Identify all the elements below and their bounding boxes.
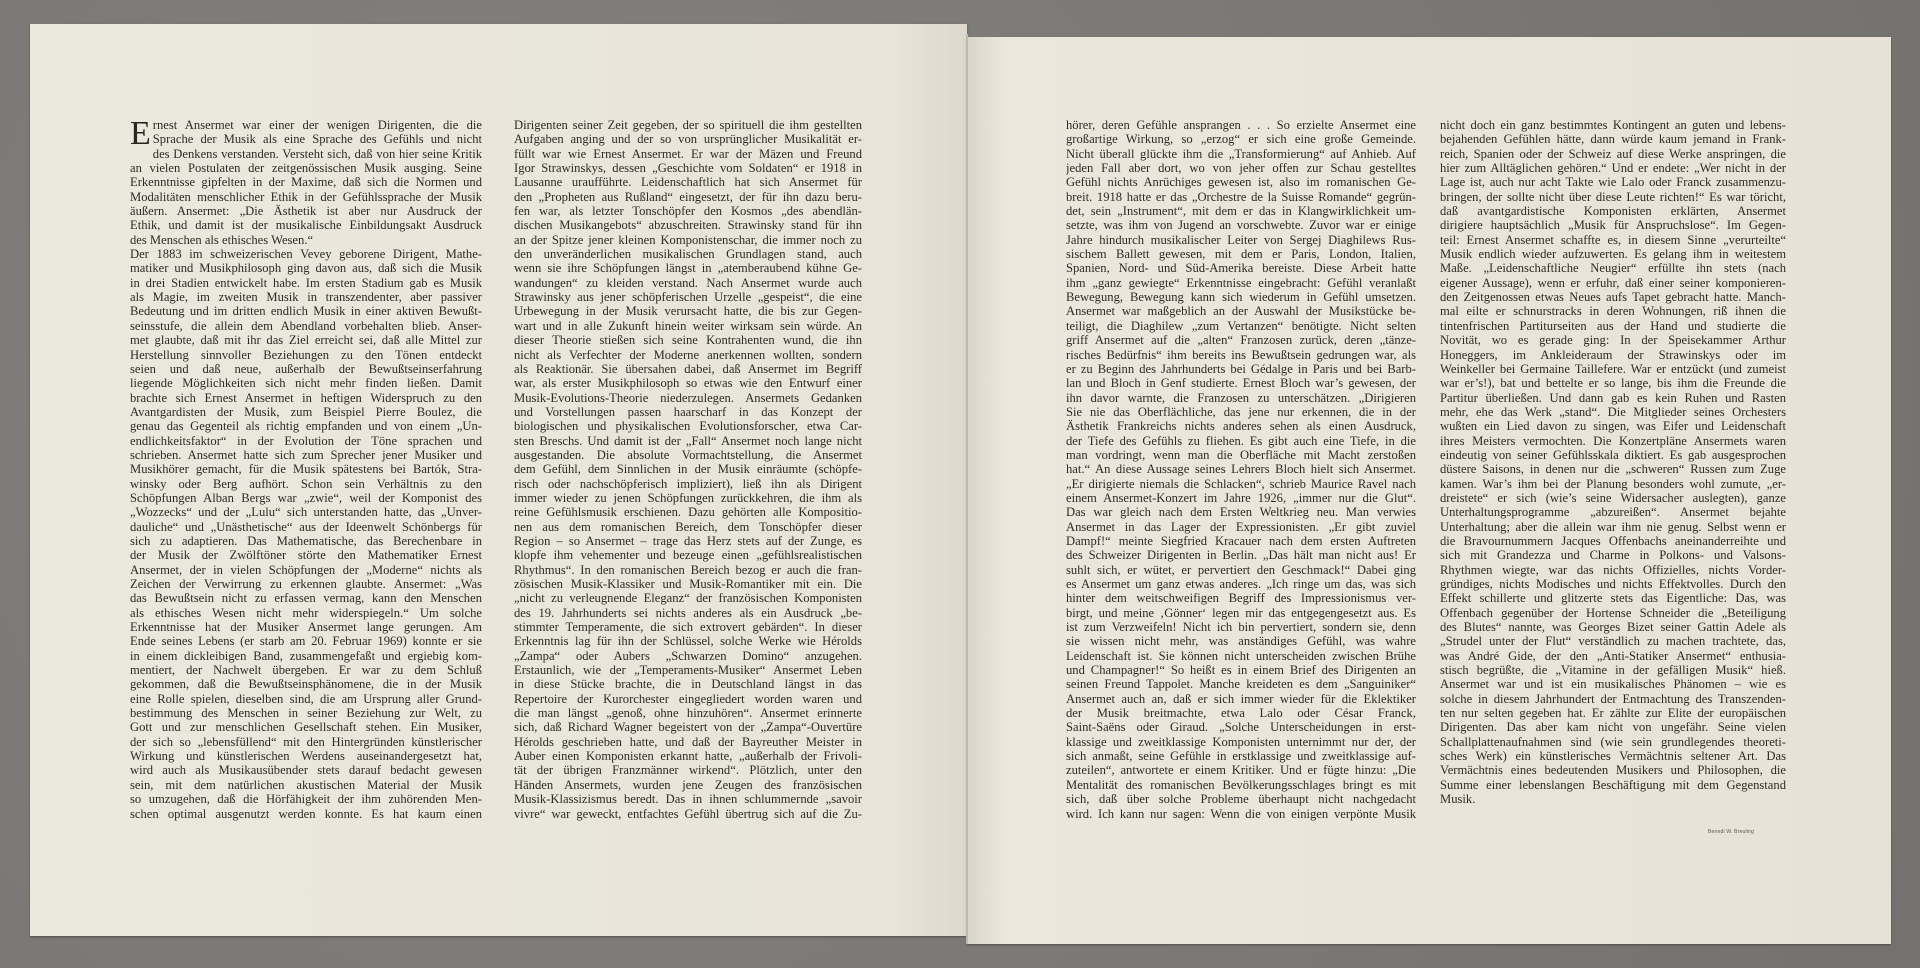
text-line: der Musik breitmachte, etwa Lalo oder Cé… [1066,706,1416,720]
text-line: nen aus dem romanischen Bereich, dem Ton… [514,520,862,534]
text-line: Honeggers, im Ankleideraum der Strawinsk… [1440,348,1786,362]
text-line: Wirkung und künstlerischen Werdens ausei… [130,749,482,763]
text-line: ausgestanden. Die absolute Vormachtstell… [514,448,862,462]
text-line: war, als erster Musikphilosoph so etwas … [514,376,862,390]
text-line: ist zum Verzweifeln! Nicht ich bin perve… [1066,620,1416,634]
text-line: reine Gefühlsmusik erschienen. Dazu gehö… [514,505,862,519]
text-line: wandungen“ zu kleiden verstand. Nach Ans… [514,276,862,290]
text-line: er zu Beginn des Jahrhunderts bei Gédalg… [1066,362,1416,376]
text-line: risch oder nachschöpferisch impliziert),… [514,477,862,491]
text-line: Hérolds geschrieben hatte, und daß der B… [514,735,862,749]
text-line: seinsstufe, die allein dem Abendland vor… [130,319,482,333]
text-line: Unterhaltungsprogramme „abzureißen“. Ans… [1440,505,1786,519]
text-line: brachte sich Ernest Ansermet in heftigen… [130,391,482,405]
text-line: stimmter Temperamente, die sich extrover… [514,620,862,634]
text-line: gekommen, daß die Bewußtseinsphänomene, … [130,677,482,691]
text-line: Musik-Evolutions-Theorie niederzulegen. … [514,391,862,405]
text-line: teiligt, die Diaghilew „zum Vertanzen“ b… [1066,319,1416,333]
text-line: an vielen Postulaten der zeitgenössische… [130,161,482,175]
text-line: ihm „ganz gewiegte“ Erkenntnisse eingebr… [1066,276,1416,290]
text-line: Erkenntnis lag für ihn der Schlüssel, so… [514,634,862,648]
text-line: Gott und zur menschlichen Gesellschaft s… [130,720,482,734]
text-line: als Reaktionär. Sie übersahen dabei, daß… [514,362,862,376]
text-line: Vermächtnis eines bedeutenden Musikers u… [1440,763,1786,777]
text-line: zuteilen“, antwortete er einem Kritiker.… [1066,763,1416,777]
text-line: daß avantgardistische Komponisten erklär… [1440,204,1786,218]
text-line: düstere Saisons, in denen nur die „schwe… [1440,462,1786,476]
text-line: Händen Ansermets, wurden jene Zeugen des… [514,778,862,792]
text-line: war er’s!), bat und bettelte er so lange… [1440,376,1786,390]
text-line: sischem Ballett gewesen, mit dem er Pari… [1066,247,1416,261]
text-line: großartige Wirkung, so „erzog“ er sich e… [1066,132,1416,146]
text-column-1: E rnest Ansermet war einer der wenigen D… [130,118,482,821]
text-line: Erkenntnisse hat der Musiker Ansermet la… [130,620,482,634]
text-line: Ende seines Lebens (er starb am 20. Febr… [130,634,482,648]
text-line: biologischen und physikalischen Evolutio… [514,419,862,433]
text-line: den unveränderlichen musikalischen Grund… [514,247,862,261]
text-line: einem Ansermet-Konzert im Jahre 1926, „i… [1066,491,1416,505]
text-line: Mentalität des romanischen Bevölkerungss… [1066,778,1416,792]
text-line: risches Bedürfnis“ ihm bereits ins Bewuß… [1066,348,1416,362]
text-line: Musik. [1440,792,1786,806]
text-line: der sich so „lebensfüllend“ mit den Hint… [130,735,482,749]
text-line: „Er dirigierte niemals die Schlacken“, s… [1066,477,1416,491]
text-line: in diese Stücke brachte, die in Deutschl… [514,677,862,691]
text-line: endlichkeitsfaktor“ in der Evolution der… [130,434,482,448]
text-line: bestimmung des Menschen in seiner Bezieh… [130,706,482,720]
text-line: ihres Meisters vermochten. Die Konzertpl… [1440,434,1786,448]
text-line: ten nur selten gegeben hat. Er zählte zu… [1440,706,1786,720]
text-line: reich, Spanien oder der Schweiz auf dies… [1440,147,1786,161]
text-line: Maße. „Leidenschaftliche Neugier“ erfüll… [1440,261,1786,275]
text-line: der Tiefe des Gefühls zu fliehen. Es gib… [1066,434,1416,448]
text-line: breit. 1918 hatte er das „Orchestre de l… [1066,190,1416,204]
text-line: des Blutes“ nannte, was Georges Bizet se… [1440,620,1786,634]
text-line: winsky oder Berg aufhört. Schon sein Ver… [130,477,482,491]
text-line: solche in diesem Jahrhundert der Entmach… [1440,692,1786,706]
text-line: wenn sie ihre Schöpfungen längst in „ate… [514,261,862,275]
text-line: fen war, als letzter Tonschöpfer den Kos… [514,204,862,218]
text-line: bringen, der sollte nicht über diese Leu… [1440,190,1786,204]
text-line: wird. Ich kann nur sagen: Wenn die von e… [1066,807,1416,821]
text-line: Avantgardisten der Musik, zum Beispiel P… [130,405,482,419]
text-line: Schallplattenaufnahmen sind (wie sein gr… [1440,735,1786,749]
text-line: als ethisches Wesen nicht mehr widerspie… [130,606,482,620]
text-line: rnest Ansermet war einer der wenigen Dir… [153,118,482,132]
text-line: sches Werk) ein künstlerisches Vermächtn… [1440,749,1786,763]
text-line: Ansermet in das Lager der Expressioniste… [1066,520,1416,534]
text-line: man vordringt, wenn man die Oberfläche m… [1066,448,1416,462]
text-line: griff Ansermet auf die „alten“ Franzosen… [1066,333,1416,347]
text-line: den Zeitgenossen etwas Neues aufs Tapet … [1440,290,1786,304]
text-line: Sprache der Musik als eine Sprache des G… [153,132,482,146]
text-line: Bewegung, Bewegung kann sich wiederum in… [1066,290,1416,304]
text-line: das Bewußtsein nicht zu erfassen vermag,… [130,591,482,605]
text-line: Summe einer lebenslangen Beschäftigung m… [1440,778,1786,792]
text-line: Herstellung sinnvoller Beziehungen zu de… [130,348,482,362]
text-line: Ansermet war maßgeblich an der Auswahl d… [1066,304,1416,318]
text-line: Repertoire der Kurorchester eingeglieder… [514,692,862,706]
text-line: Saint-Saëns oder Giraud. „Solche Untersc… [1066,720,1416,734]
text-line: setzte, was ihm von Jugend an vorschwebt… [1066,218,1416,232]
text-line: sich mit Grandezza und Charme in Polkons… [1440,548,1786,562]
text-line: sein, mit dem natürlichen akustischen Ma… [130,778,482,792]
text-line: Zeichen der Verwirrung zu erkennen glaub… [130,577,482,591]
text-line: den „Propheten aus Rußland“ eingesetzt, … [514,190,862,204]
text-line: in drei Stadien entwickelt habe. Im erst… [130,276,482,290]
text-line: die man längst „genoß, ohne hinzuhören“.… [514,706,862,720]
text-line: wußten ein Lied davon zu singen, was Eif… [1440,419,1786,433]
text-line: Rhythmen wiegte, war das nichts Offiziel… [1440,563,1786,577]
text-line: dischen Musikangebots“ abzuschreiten. St… [514,218,862,232]
text-line: mehr, ehe das Werk „stand“. Die Mitglied… [1440,405,1786,419]
text-line: Dirigenten seiner Zeit gegeben, der so s… [514,118,862,132]
text-line: mentiert, der Nachwelt übergeben. Er war… [130,663,482,677]
text-column-3: hörer, deren Gefühle ansprangen . . . So… [1066,118,1416,821]
text-line: hinter dem weitschweifigen Begriff des I… [1066,591,1416,605]
text-line: die Bravournummern Jacques Offenbachs an… [1440,534,1786,548]
text-line: klopfe ihm vehementer und bezeuge einen … [514,548,862,562]
text-line: es Ansermet um ganz etwas anderes. „Ich … [1066,577,1416,591]
text-line: genau das Gegenteil als richtig empfande… [130,419,482,433]
text-line: Ansermet auch an, daß er sich immer wied… [1066,692,1416,706]
text-line: Spanien, Nord- und Süd-Amerika bereiste.… [1066,261,1416,275]
text-line: kamen. War’s ihm bei der Planung besonde… [1440,477,1786,491]
text-line: an der Spitze jener kleinen Komponistens… [514,233,862,247]
text-line: suhlt sich, er wütet, er pervertiert den… [1066,563,1416,577]
text-line: des Schweizer Dirigenten in Berlin. „Das… [1066,548,1416,562]
text-line: matiker und Musikphilosoph ging davon au… [130,261,482,275]
text-line: sie wissen nicht mehr, was anständiges G… [1066,634,1416,648]
text-line: Effekt schillerte und glitzerte stets da… [1440,591,1786,605]
text-line: des Denkens verstanden. Versteht sich, d… [153,147,482,161]
text-line: hat.“ An diese Aussage seines Lehrers Bl… [1066,462,1416,476]
text-line: des Menschen als ethisches Wesen.“ [130,233,482,247]
text-line: Dampf!“ meinte Siegfried Kracauer nach d… [1066,534,1416,548]
text-line: Sie nie das Oberflächliche, das jene nur… [1066,405,1416,419]
text-line: seien und daß neue, außerhalb der Bewußt… [130,362,482,376]
text-line: Weinkeller bei Germaine Taillefere. War … [1440,362,1786,376]
text-line: dirigiere hauptsächlich „Musik für Anspr… [1440,218,1786,232]
text-line: Modalitäten menschlicher Ethik in der Ge… [130,190,482,204]
column-lines: rnest Ansermet war einer der wenigen Dir… [130,118,482,821]
text-line: gründiges, nichts Modisches und nichts E… [1440,577,1786,591]
text-line: der Musik der Zwölftöner störte den Math… [130,548,482,562]
text-line: sten Breschs. Und damit ist der „Fall“ A… [514,434,862,448]
text-line: nicht doch ein ganz bestimmtes Kontingen… [1440,118,1786,132]
gatefold-crease [966,34,968,944]
text-line: schrieben. Ansermet hatte sich zum Sprec… [130,448,482,462]
text-line: Musik-Klassizismus beredt. Das in ihnen … [514,792,862,806]
text-line: tintenfrischen Partiturseiten aus der Ha… [1440,319,1786,333]
text-line: Erstaunlich, wie der „Temperaments-Musik… [514,663,862,677]
text-line: eine Rolle spielen, dieselben sind, die … [130,692,482,706]
text-line: Der 1883 im schweizerischen Vevey gebore… [130,247,482,261]
text-line: Ästhetik Frankreichs nichts anderes sehe… [1066,419,1416,433]
text-line: Offenbach gegenüber der Hortense Schneid… [1440,606,1786,620]
text-line: „Wozzecks“ und der „Lulu“ sich unterstan… [130,505,482,519]
text-line: Schöpfungen Alban Bergs war „zwie“, weil… [130,491,482,505]
text-line: Ethik, und damit ist der musikalische Ei… [130,218,482,232]
drop-cap: E [130,121,151,147]
text-line: eindeutig von seiner Gefühlsskala diktie… [1440,448,1786,462]
text-line: dreistete“ er sich (wie’s seine Widersac… [1440,491,1786,505]
text-line: „Strudel unter der Flut“ verständlich zu… [1440,634,1786,648]
text-line: immer wieder zu jenen Schöpfungen zurück… [514,491,862,505]
text-line: äußern. Ansermet: „Die Ästhetik ist aber… [130,204,482,218]
text-line: Jahre hindurch musikalischer Leiter von … [1066,233,1416,247]
author-signature: Benedi W. Breuling [1708,829,1754,835]
text-line: Musikhörer gemacht, für die Musik spätes… [130,462,482,476]
text-column-4: nicht doch ein ganz bestimmtes Kontingen… [1440,118,1786,807]
text-line: Novität, wo es gerade ging: In der Speis… [1440,333,1786,347]
text-line: Ansermet war und ist ein musikalisches P… [1440,677,1786,691]
text-line: Auber einen Komponisten erkannt hatte, „… [514,749,862,763]
text-line: in einem dickleibigen Band, zusammengefa… [130,649,482,663]
text-line: so umzugehen, daß die Hörfähigkeit der i… [130,792,482,806]
column-lines: hörer, deren Gefühle ansprangen . . . So… [1066,118,1416,821]
text-line: und Vorstellungen passen haarscharf in d… [514,405,862,419]
text-line: schen optimal ausgenutzt werden konnte. … [130,807,482,821]
text-line: liegende Möglichkeiten sich nicht mehr f… [130,376,482,390]
text-line: Rhythmus“. In den romanischen Bereich be… [514,563,862,577]
text-line: mal eilte er schnurstracks in deren Wohn… [1440,304,1786,318]
text-line: tät der übrigen Franzmänner wirkend“. Pl… [514,763,862,777]
text-line: Dirigenten. Das aber kam nicht von ungef… [1440,720,1786,734]
text-line: hier zum Alltäglichen gehören.“ Und er e… [1440,161,1786,175]
text-line: dem Gefühl, dem Sinnlichen in der Musik … [514,462,862,476]
text-line: Musik endlich wieder aufzuwerten. Es gel… [1440,247,1786,261]
text-line: des 19. Jahrhunderts sei nichts anderes … [514,606,862,620]
column-lines: nicht doch ein ganz bestimmtes Kontingen… [1440,118,1786,807]
text-line: birgt, und meine ‚Gönner‘ legen mir das … [1066,606,1416,620]
text-line: nicht als Verfechter der Moderne anerken… [514,348,862,362]
text-column-2: Dirigenten seiner Zeit gegeben, der so s… [514,118,862,821]
text-line: Bedeutung und im dritten endlich Musik i… [130,304,482,318]
text-line: sich anmaßt, seine Gefühle in erstklassi… [1066,749,1416,763]
text-line: zösischen Musik-Klassiker und Musik-Roma… [514,577,862,591]
text-line: „nicht zu verleugnende Eleganz“ der fran… [514,591,862,605]
text-line: und Champagner!“ So heißt es in einem Br… [1066,663,1416,677]
text-line: vivre“ war geweckt, entfachtes Gefühl üb… [514,807,862,821]
text-line: füllt war wie Ernest Ansermet. Er war de… [514,147,862,161]
text-line: Partitur überließen. Und dann gab es kei… [1440,391,1786,405]
text-line: Nicht überall glückte ihm die „Transform… [1066,147,1416,161]
column-lines: Dirigenten seiner Zeit gegeben, der so s… [514,118,862,821]
text-line: eigener Aussage), wenn er erfuhr, daß ei… [1440,276,1786,290]
text-line: sich, daß über solche Probleme überhaupt… [1066,792,1416,806]
text-line: Erkenntnisse gipfelten in der Maxime, da… [130,175,482,189]
text-line: sich, daß Richard Wagner begeistert von … [514,720,862,734]
text-line: ihn davor warnte, die Franzosen zu unter… [1066,391,1416,405]
text-line: wart und in alle Zukunft hinein weiter w… [514,319,862,333]
text-line: Region – so Ansermet – trage das Herz st… [514,534,862,548]
text-line: Leidenschaft ist. Sie können nicht unter… [1066,649,1416,663]
text-line: Igor Strawinskys, dessen „Geschichte vom… [514,161,862,175]
text-line: Aufgaben anging und der so von ursprüngl… [514,132,862,146]
text-line: bejahenden Gefühlen hätte, dann würde ka… [1440,132,1786,146]
text-line: met glaubte, daß mit ihr das Ziel erreic… [130,333,482,347]
text-line: wird auch als Musikausübender stets dara… [130,763,482,777]
text-line: jeden Fall aber dort, wo von jeher offen… [1066,161,1416,175]
text-line: Das war gleich nach dem Ersten Weltkrieg… [1066,505,1416,519]
text-line: „Zampa“ oder Aubers „Schwarzen Domino“ a… [514,649,862,663]
text-line: stisch begrüßte, die „Vitamine in der ge… [1440,663,1786,677]
text-line: hörer, deren Gefühle ansprangen . . . So… [1066,118,1416,132]
text-line: Unterhaltung; aber die allein war ihm ni… [1440,520,1786,534]
text-line: Strawinsky aus jener schöpferischen Urze… [514,290,862,304]
text-line: als Magie, im zweiten Musik in transzend… [130,290,482,304]
text-line: Gefühl nichts Anrüchiges gewesen ist, al… [1066,175,1416,189]
text-line: sich zu adaptieren. Das Mathematische, d… [130,534,482,548]
text-line: dieser Theorie stießen sich seine Kontra… [514,333,862,347]
text-line: Urbewegung in der Musik verursacht hatte… [514,304,862,318]
text-line: Ansermet, der in vielen Schöpfungen der … [130,563,482,577]
text-line: teil: Ernest Ansermet schaffte es, in di… [1440,233,1786,247]
text-line: Lausanne uraufführte. Leidenschaftlich h… [514,175,862,189]
text-line: was André Gide, der den „Anti-Statiker A… [1440,649,1786,663]
text-line: Lage ist, auch nur acht Takte wie Lalo o… [1440,175,1786,189]
text-line: seinen Freund Tappolet. Manche kreideten… [1066,677,1416,691]
text-line: dauliche“ und „Unästhetische“ aus der Id… [130,520,482,534]
text-line: det, sein „Instrument“, mit dem er das i… [1066,204,1416,218]
text-line: klassige und zweitklassige Komponisten u… [1066,735,1416,749]
text-line: lan und Bloch in Genf studierte. Ernest … [1066,376,1416,390]
